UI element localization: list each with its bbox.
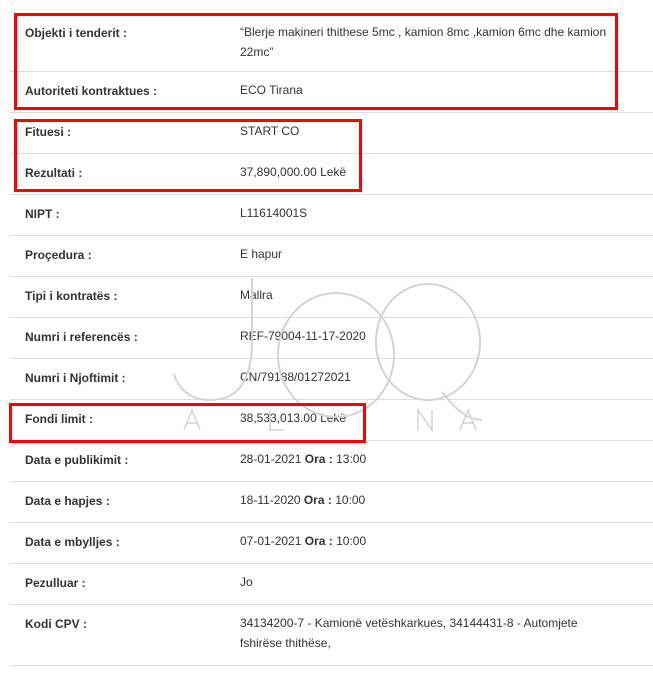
- value-numri-njoftimit: CN/79188/01272021: [240, 367, 620, 387]
- value-kodi-cpv: 34134200-7 - Kamionë vetëshkarkues, 3414…: [240, 613, 620, 653]
- time: 13:00: [336, 452, 366, 466]
- label-fondi-limit: Fondi limit :: [25, 412, 93, 426]
- label-autoriteti: Autoriteti kontraktues :: [25, 84, 157, 98]
- ora-label: Ora :: [304, 493, 332, 507]
- ora-label: Ora :: [305, 452, 333, 466]
- label-numri-references: Numri i referencës :: [25, 330, 138, 344]
- row-numri-references: Numri i referencës : REF-79004-11-17-202…: [10, 318, 653, 359]
- value-data-hapjes: 18-11-2020 Ora : 10:00: [240, 490, 620, 510]
- label-rezultati: Rezultati :: [25, 166, 82, 180]
- value-nipt: L11614001S: [240, 203, 620, 223]
- value-pezulluar: Jo: [240, 572, 620, 592]
- row-kodi-cpv: Kodi CPV : 34134200-7 - Kamionë vetëshka…: [10, 605, 653, 666]
- value-data-mbylljes: 07-01-2021 Ora : 10:00: [240, 531, 620, 551]
- row-objekti: Objekti i tenderit : “Blerje makineri th…: [10, 14, 653, 72]
- label-numri-njoftimit: Numri i Njoftimit :: [25, 371, 126, 385]
- value-numri-references: REF-79004-11-17-2020: [240, 326, 620, 346]
- row-data-hapjes: Data e hapjes : 18-11-2020 Ora : 10:00: [10, 482, 653, 523]
- row-fituesi: Fituesi : START CO: [10, 113, 653, 154]
- date: 07-01-2021: [240, 534, 301, 548]
- label-nipt: NIPT :: [25, 207, 60, 221]
- time: 10:00: [336, 534, 366, 548]
- row-autoriteti: Autoriteti kontraktues : ECO Tirana: [10, 72, 653, 113]
- date: 18-11-2020: [240, 493, 301, 507]
- label-data-hapjes: Data e hapjes :: [25, 494, 110, 508]
- row-nipt: NIPT : L11614001S: [10, 195, 653, 236]
- value-fondi-limit: 38,533,013.00 Lekë: [240, 408, 620, 428]
- value-rezultati: 37,890,000.00 Lekë: [240, 162, 620, 182]
- row-tipi-kontrates: Tipi i kontratës : Mallra: [10, 277, 653, 318]
- label-procedura: Proçedura :: [25, 248, 92, 262]
- value-procedura: E hapur: [240, 244, 620, 264]
- row-data-publikimit: Data e publikimit : 28-01-2021 Ora : 13:…: [10, 441, 653, 482]
- row-fondi-limit: Fondi limit : 38,533,013.00 Lekë: [10, 400, 653, 441]
- label-tipi-kontrates: Tipi i kontratës :: [25, 289, 117, 303]
- label-kodi-cpv: Kodi CPV :: [25, 617, 87, 631]
- value-data-publikimit: 28-01-2021 Ora : 13:00: [240, 449, 620, 469]
- value-objekti: “Blerje makineri thithese 5mc , kamion 8…: [240, 22, 620, 62]
- label-fituesi: Fituesi :: [25, 125, 71, 139]
- label-data-publikimit: Data e publikimit :: [25, 453, 128, 467]
- value-fituesi: START CO: [240, 121, 620, 141]
- label-objekti: Objekti i tenderit :: [25, 26, 127, 40]
- row-rezultati: Rezultati : 37,890,000.00 Lekë: [10, 154, 653, 195]
- label-data-mbylljes: Data e mbylljes :: [25, 535, 120, 549]
- value-tipi-kontrates: Mallra: [240, 285, 620, 305]
- row-numri-njoftimit: Numri i Njoftimit : CN/79188/01272021: [10, 359, 653, 400]
- value-autoriteti: ECO Tirana: [240, 80, 620, 100]
- row-data-mbylljes: Data e mbylljes : 07-01-2021 Ora : 10:00: [10, 523, 653, 564]
- date: 28-01-2021: [240, 452, 301, 466]
- row-pezulluar: Pezulluar : Jo: [10, 564, 653, 605]
- tender-details-table: Objekti i tenderit : “Blerje makineri th…: [10, 14, 653, 666]
- row-procedura: Proçedura : E hapur: [10, 236, 653, 277]
- time: 10:00: [335, 493, 365, 507]
- ora-label: Ora :: [305, 534, 333, 548]
- label-pezulluar: Pezulluar :: [25, 576, 86, 590]
